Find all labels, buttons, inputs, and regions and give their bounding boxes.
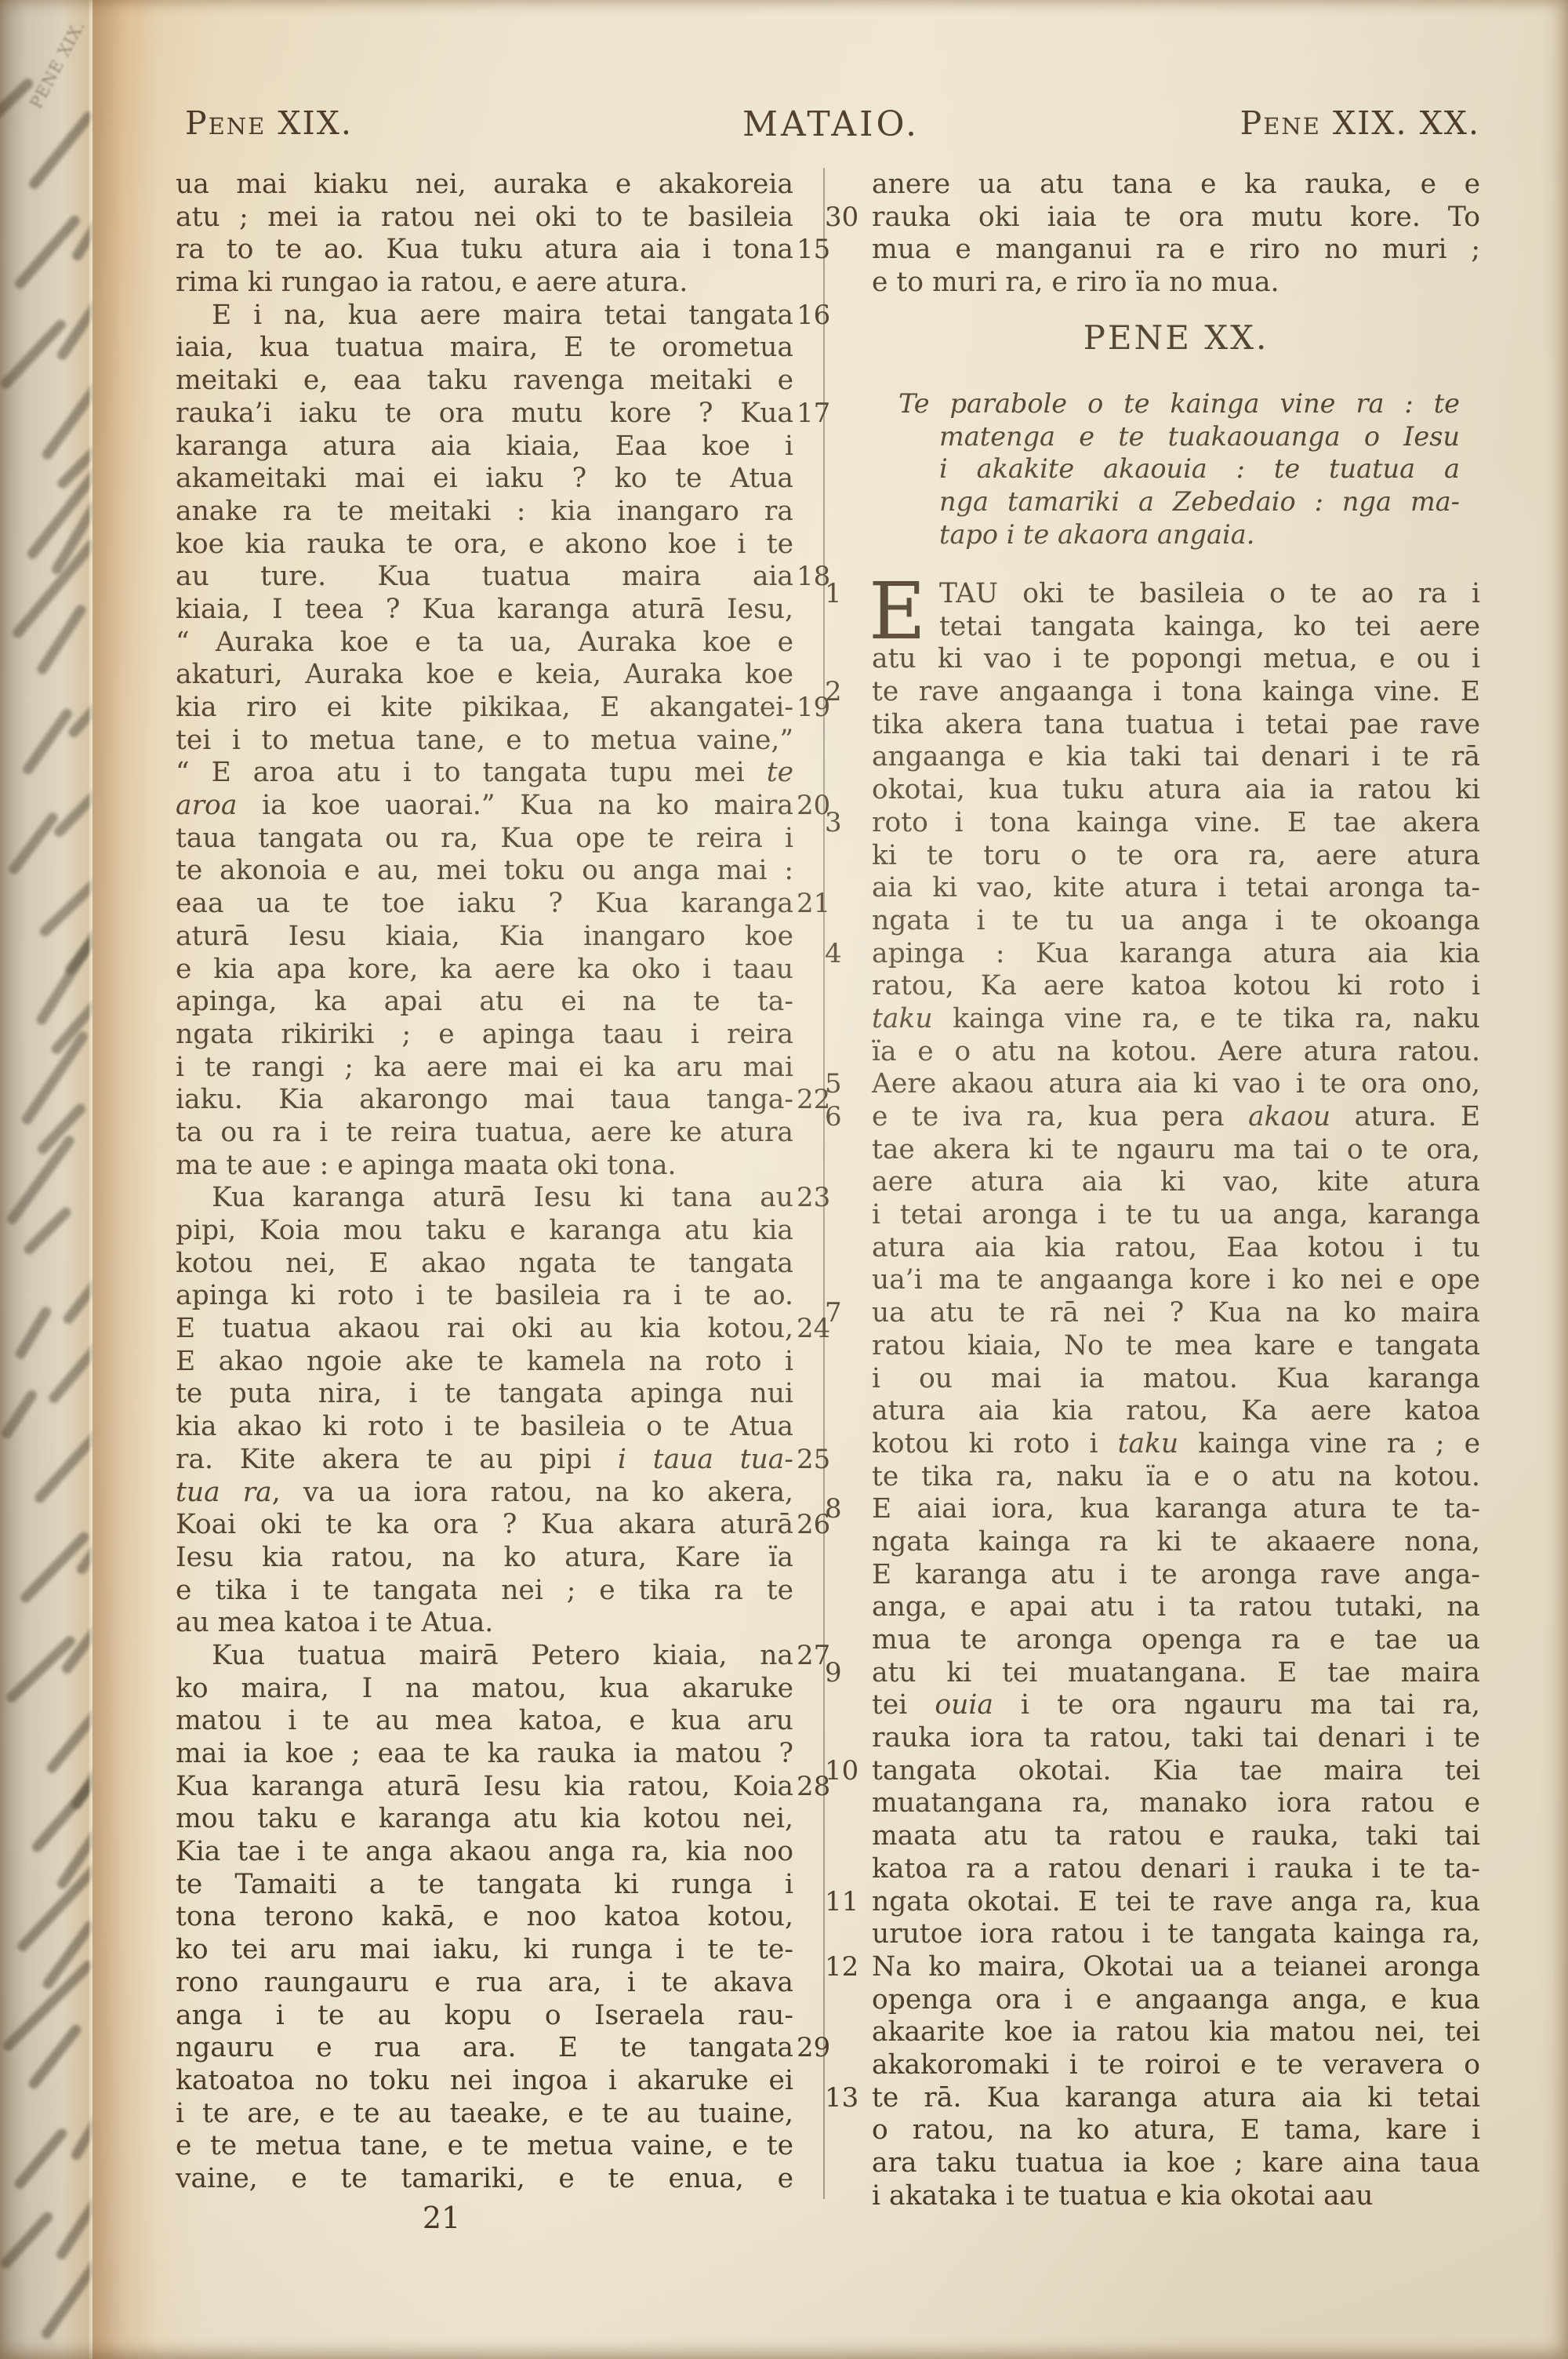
- text-line: i te are, e te au taeake, e te au tuaine…: [176, 2098, 793, 2131]
- text-line: ua atu te rā nei ? Kua na ko maira7: [872, 1297, 1480, 1330]
- text-line: tua ra, va ua iora ratou, na ko akera,: [176, 1477, 793, 1510]
- illegible-text-blob: [0, 1388, 38, 1441]
- text-line: rono raungauru e rua ara, i te akava: [176, 1967, 793, 2000]
- verse-number: 5: [825, 1068, 869, 1101]
- verse-number: 7: [825, 1297, 869, 1330]
- verse-number: 4: [825, 938, 869, 971]
- text-line: pipi, Koia mou taku e karanga atu kia: [176, 1215, 793, 1248]
- text-line: i te rangi ; ka aere mai ei ka aru mai: [176, 1052, 793, 1085]
- illegible-text-blob: [33, 1426, 93, 1505]
- illegible-text-blob: [61, 1238, 93, 1325]
- text-line: aturā Iesu kiaia, Kia inangaro koe: [176, 921, 793, 954]
- verse-number: 12: [825, 1951, 869, 1984]
- text-line: tangata okotai. Kia tae maira tei10: [872, 1755, 1480, 1788]
- text-line: ngata kainga ra ki te akaaere nona,: [872, 1526, 1480, 1559]
- text-line: akakoromaki i te roiroi e te veravera o: [872, 2049, 1480, 2082]
- text-line: “ Auraka koe e ta ua, Auraka koe e: [176, 627, 793, 660]
- text-line: matou i te au mea katoa, e kua aru: [176, 1705, 793, 1738]
- text-line: kotou nei, E akao ngata te tangata: [176, 1248, 793, 1281]
- text-line: i tetai aronga i te tu ua anga, karanga: [872, 1199, 1480, 1232]
- previous-page-edge: PENE XIX.: [0, 0, 93, 2359]
- illegible-text-blob: [45, 1666, 93, 1776]
- text-line: anere ua atu tana e ka rauka, e e: [872, 169, 1480, 202]
- verse-number: 17: [797, 398, 844, 431]
- text-line: tetai tangata kainga, ko tei aere: [872, 611, 1480, 644]
- text-line: openga ora i e angaanga anga, e kua: [872, 1984, 1480, 2017]
- text-line: ua mai kiaku nei, auraka e akakoreia: [176, 169, 793, 202]
- text-line: ara taku tuatua ia koe ; kare aina taua: [872, 2147, 1480, 2180]
- text-line: ra to te ao. Kua tuku atura aia i tona15: [176, 234, 793, 267]
- verse-number: 15: [797, 234, 844, 267]
- text-line: atu ki tei muatangana. E tae maira9: [872, 1657, 1480, 1690]
- illegible-text-blob: [14, 1305, 53, 1361]
- text-line: Kia tae i te anga akaou anga ra, kia noo: [176, 1836, 793, 1869]
- right-text-column-top: anere ua atu tana e ka rauka, e erauka o…: [872, 169, 1480, 300]
- text-line: akaarite koe ia ratou kia matou nei, tei: [872, 2016, 1480, 2049]
- text-line: vaine, e te tamariki, e te enua, e: [176, 2163, 793, 2196]
- text-line: ngata rikiriki ; e apinga taau i reira: [176, 1019, 793, 1052]
- text-line: karanga atura aia kiaia, Eaa koe i: [176, 431, 793, 463]
- text-line: E akao ngoie ake te kamela na roto i: [176, 1346, 793, 1379]
- text-line: ko tei aru mai iaku, ki runga i te te-: [176, 1934, 793, 1967]
- text-line: E aiai iora, kua karanga atura te ta-8: [872, 1493, 1480, 1526]
- text-line: ra. Kite akera te au pipi i taua tua-25: [176, 1444, 793, 1477]
- illegible-text-blob: [30, 1750, 93, 1854]
- verse-number: 6: [825, 1101, 869, 1134]
- text-line: Aere akaou atura aia ki vao i te ora ono…: [872, 1068, 1480, 1101]
- verse-number: 8: [825, 1493, 869, 1526]
- text-line: te rā. Kua karanga atura aia ki tetai13: [872, 2082, 1480, 2115]
- text-line: te Tamaiti a te tangata ki runga i: [176, 1869, 793, 1902]
- illegible-text-blob: [56, 245, 93, 362]
- text-line: matenga e te tuakaouanga o Iesu: [898, 420, 1460, 453]
- text-line: katoatoa no toku nei ingoa i akaruke ei: [176, 2065, 793, 2098]
- illegible-text-blob: [35, 603, 88, 676]
- verse-number: 16: [797, 300, 844, 333]
- chapter-summary-italic: Te parabole o te kainga vine ra : temate…: [898, 387, 1460, 551]
- text-line: kotou ki roto i taku kainga vine ra ; e: [872, 1428, 1480, 1461]
- left-text-column: ua mai kiaku nei, auraka e akakoreiaatu …: [176, 169, 793, 2196]
- illegible-text-blob: [0, 2210, 55, 2270]
- text-line: rauka oki iaia te ora mutu kore. To30: [872, 202, 1480, 234]
- text-line: E karanga atu i te aronga rave anga-: [872, 1559, 1480, 1592]
- text-line: E tuatua akaou rai oki au kia kotou,24: [176, 1313, 793, 1346]
- text-line: e tika i te tangata nei ; e tika ra te: [176, 1575, 793, 1608]
- text-line: ma te aue : e apinga maata oki tona.: [176, 1150, 793, 1183]
- text-line: au mea katoa i te Atua.: [176, 1607, 793, 1640]
- text-line: apinga, ka apai atu ei na te ta-: [176, 986, 793, 1019]
- text-line: meitaki e, eaa taku ravenga meitaki e: [176, 365, 793, 398]
- illegible-text-blob: [22, 1205, 73, 1256]
- text-line: te tika ra, naku ïa e o atu na kotou.: [872, 1461, 1480, 1494]
- text-line: tika akera tana tuatua i tetai pae rave: [872, 709, 1480, 742]
- text-line: anake ra te meitaki : kia inangaro ra: [176, 496, 793, 529]
- illegible-text-blob: [40, 349, 93, 462]
- text-line: apinga ki roto i te basileia ra i te ao.: [176, 1280, 793, 1313]
- running-head-title: MATAIO.: [627, 104, 1035, 144]
- book-page-photo: PENE XIX. Pene XIX. MATAIO. Pene XIX. XX…: [0, 0, 1568, 2359]
- illegible-text-blob: [47, 1321, 93, 1405]
- illegible-text-blob: [53, 746, 93, 838]
- text-line: e to muri ra, e riro ïa no mua.: [872, 267, 1480, 300]
- right-text-column-verses: E TAU oki te basileia o te ao ra i1tetai…: [872, 578, 1480, 2212]
- page-edge: [89, 0, 93, 2359]
- text-line: anga i te au kopu o Iseraela rau-: [176, 2000, 793, 2033]
- text-line: mou taku e karanga atu kia kotou nei,: [176, 1803, 793, 1836]
- text-line: “ E aroa atu i to tangata tupu mei te: [176, 757, 793, 790]
- text-line: ratou, Ka aere katoa kotou ki roto i: [872, 970, 1480, 1003]
- text-line: ta ou ra i te reira tuatua, aere ke atur…: [176, 1117, 793, 1150]
- verse-number: 2: [825, 676, 869, 709]
- text-line: atura aia kia ratou, Eaa kotou i tu: [872, 1232, 1480, 1265]
- text-line: i akakite akaouia : te tuatua a: [898, 453, 1460, 485]
- text-line: Koai oki te ka ora ? Kua akara aturā26: [176, 1509, 793, 1542]
- illegible-text-blob: [27, 110, 93, 191]
- text-line: ua’i ma te angaanga kore i ko nei e ope: [872, 1264, 1480, 1297]
- text-line: taku kainga vine ra, e te tika ra, naku: [872, 1003, 1480, 1036]
- verse-number: 25: [797, 1444, 844, 1477]
- text-line: ki te toru o te ora ra, aere atura: [872, 840, 1480, 873]
- illegible-text-blob: [54, 2157, 93, 2261]
- text-line: rauka iora ta ratou, taki tai denari i t…: [872, 1722, 1480, 1755]
- text-line: apinga : Kua karanga atura aia kia4: [872, 938, 1480, 971]
- illegible-text-blob: [38, 850, 93, 938]
- text-line: Iesu kia ratou, na ko atura, Kare ïa: [176, 1542, 793, 1575]
- text-line: Te parabole o te kainga vine ra : te: [898, 387, 1460, 420]
- running-head-left: Pene XIX.: [185, 104, 514, 142]
- text-line: atu ki vao i te popongi metua, e ou i: [872, 643, 1480, 676]
- running-head-right: Pene XIX. XX.: [1160, 104, 1480, 142]
- chapter-heading: PENE XX.: [872, 318, 1480, 357]
- text-line: tapo i te akaora angaia.: [898, 518, 1460, 551]
- verse-number: 23: [797, 1182, 844, 1215]
- verse-number: 30: [825, 202, 869, 234]
- verse-number: 29: [797, 2032, 844, 2065]
- text-line: aere atura aia ki vao, kite atura: [872, 1166, 1480, 1199]
- illegible-text-blob: [13, 2127, 69, 2191]
- text-line: kiaia, I teea ? Kua karanga aturā Iesu,: [176, 594, 793, 627]
- text-line: eaa ua te toe iaku ? Kua karanga21: [176, 888, 793, 921]
- text-line: e te metua tane, e te metua vaine, e te: [176, 2130, 793, 2163]
- text-line: mua e manganui ra e riro no muri ;: [872, 234, 1480, 267]
- illegible-text-blob: [7, 811, 60, 877]
- text-line: te akonoia e au, mei toku ou anga mai :: [176, 855, 793, 888]
- text-line: nga tamariki a Zebedaio : nga ma-: [898, 485, 1460, 518]
- text-line: akaturi, Auraka koe e keia, Auraka koe: [176, 659, 793, 692]
- text-line: ratou kiaia, No te mea kare e tangata: [872, 1330, 1480, 1363]
- text-line: ko maira, I na matou, kua akaruke: [176, 1673, 793, 1706]
- text-line: mua te aronga openga ra e tae ua: [872, 1624, 1480, 1657]
- illegible-text-blob: [11, 537, 93, 640]
- illegible-text-blob: [27, 2023, 83, 2091]
- page-number: 21: [367, 2201, 516, 2235]
- text-line: okotai, kua tuku atura aia ia ratou ki: [872, 774, 1480, 807]
- text-line: i ou mai ia matou. Kua karanga: [872, 1363, 1480, 1396]
- text-line: aia ki vao, kite atura i tetai aronga ta…: [872, 872, 1480, 905]
- text-line: tei i to metua tane, e to metua vaine,”: [176, 725, 793, 758]
- verse-number: 13: [825, 2082, 869, 2115]
- text-line: rauka’i iaku te ora mutu kore ? Kua17: [176, 398, 793, 431]
- text-line: angaanga e kia taki tai denari i te rā: [872, 741, 1480, 774]
- text-line: Kua tuatua mairā Petero kiaia, na27: [176, 1640, 793, 1673]
- text-line: rima ki rungao ia ratou, e aere atura.: [176, 267, 793, 300]
- text-line: au ture. Kua tuatua maira aia18: [176, 561, 793, 594]
- text-line: tei ouia i te ora ngauru ma tai ra,: [872, 1689, 1480, 1722]
- verse-number: 11: [825, 1886, 869, 1919]
- illegible-text-blob: [1, 1958, 93, 2052]
- text-line: tae akera ki te ngauru ma tai o te ora,: [872, 1134, 1480, 1167]
- text-line: te rave angaanga i tona kainga vine. E2: [872, 676, 1480, 709]
- previous-page-heading: PENE XIX.: [27, 0, 93, 111]
- text-line: mai ia koe ; eaa te ka rauka ia matou ?: [176, 1738, 793, 1771]
- text-line: ngata okotai. E tei te rave anga ra, kua…: [872, 1886, 1480, 1919]
- text-line: katoa ra a ratou denari i rauka i te ta-: [872, 1853, 1480, 1886]
- text-line: atura aia kia ratou, Ka aere katoa: [872, 1395, 1480, 1428]
- text-line: o ratou, na ko atura, E tama, kare i: [872, 2114, 1480, 2147]
- text-line: aroa ia koe uaorai.” Kua na ko maira20: [176, 790, 793, 823]
- text-line: taua tangata ou ra, Kua ope te reira i: [176, 823, 793, 856]
- text-line: iaia, kua tuatua maira, E te orometua: [176, 332, 793, 365]
- text-line: TAU oki te basileia o te ao ra i1: [872, 578, 1480, 611]
- text-line: e te iva ra, kua pera akaou atura. E6: [872, 1101, 1480, 1134]
- text-line: ngata i te tu ua anga i te okoanga: [872, 905, 1480, 938]
- text-line: muatangana ra, manako iora ratou e: [872, 1787, 1480, 1820]
- text-line: akameitaki mai ei iaku ? ko te Atua: [176, 463, 793, 496]
- text-line: kia riro ei kite pikikaa, E akangatei-19: [176, 692, 793, 725]
- text-line: kia akao ki roto i te basileia o te Atua: [176, 1411, 793, 1444]
- text-line: roto i tona kainga vine. E tae akera3: [872, 807, 1480, 840]
- text-line: E i na, kua aere maira tetai tangata16: [176, 300, 793, 333]
- text-line: Kua karanga aturā Iesu ki tana au23: [176, 1182, 793, 1215]
- verse-number: 1: [825, 578, 869, 611]
- text-line: anga, e apai atu i ta ratou tutaki, na: [872, 1591, 1480, 1624]
- text-line: Kua karanga aturā Iesu kia ratou, Koia28: [176, 1771, 793, 1804]
- text-line: iaku. Kia akarongo mai taua tanga-22: [176, 1084, 793, 1117]
- verse-number: 3: [825, 807, 869, 840]
- text-line: e kia apa kore, ka aere ka oko i taau: [176, 954, 793, 987]
- text-line: maata atu ta ratou e rauka, taki tai: [872, 1820, 1480, 1853]
- text-line: ngauru e rua ara. E te tangata29: [176, 2032, 793, 2065]
- illegible-text-blob: [21, 707, 74, 776]
- verse-number: 9: [825, 1657, 869, 1690]
- illegible-text-blob: [13, 213, 82, 290]
- text-line: tona terono kakā, e noo katoa kotou,: [176, 1901, 793, 1934]
- text-line: atu ; mei ia ratou nei oki to te basilei…: [176, 202, 793, 234]
- text-line: i akataka i te tuatua e kia okotai aau: [872, 2180, 1480, 2213]
- illegible-text-blob: [60, 1561, 93, 1676]
- text-line: koe kia rauka te ora, e akono koe i te: [176, 529, 793, 562]
- text-line: Na ko maira, Okotai ua a teianei aronga1…: [872, 1951, 1480, 1984]
- verse-number: 10: [825, 1755, 869, 1788]
- text-line: ïa e o atu na kotou. Aere atura ratou.: [872, 1036, 1480, 1069]
- verse-number: 21: [797, 888, 844, 921]
- text-line: te puta nira, i te tangata apinga nui: [176, 1378, 793, 1411]
- text-line: urutoe iora ratou i te tangata kainga ra…: [872, 1918, 1480, 1951]
